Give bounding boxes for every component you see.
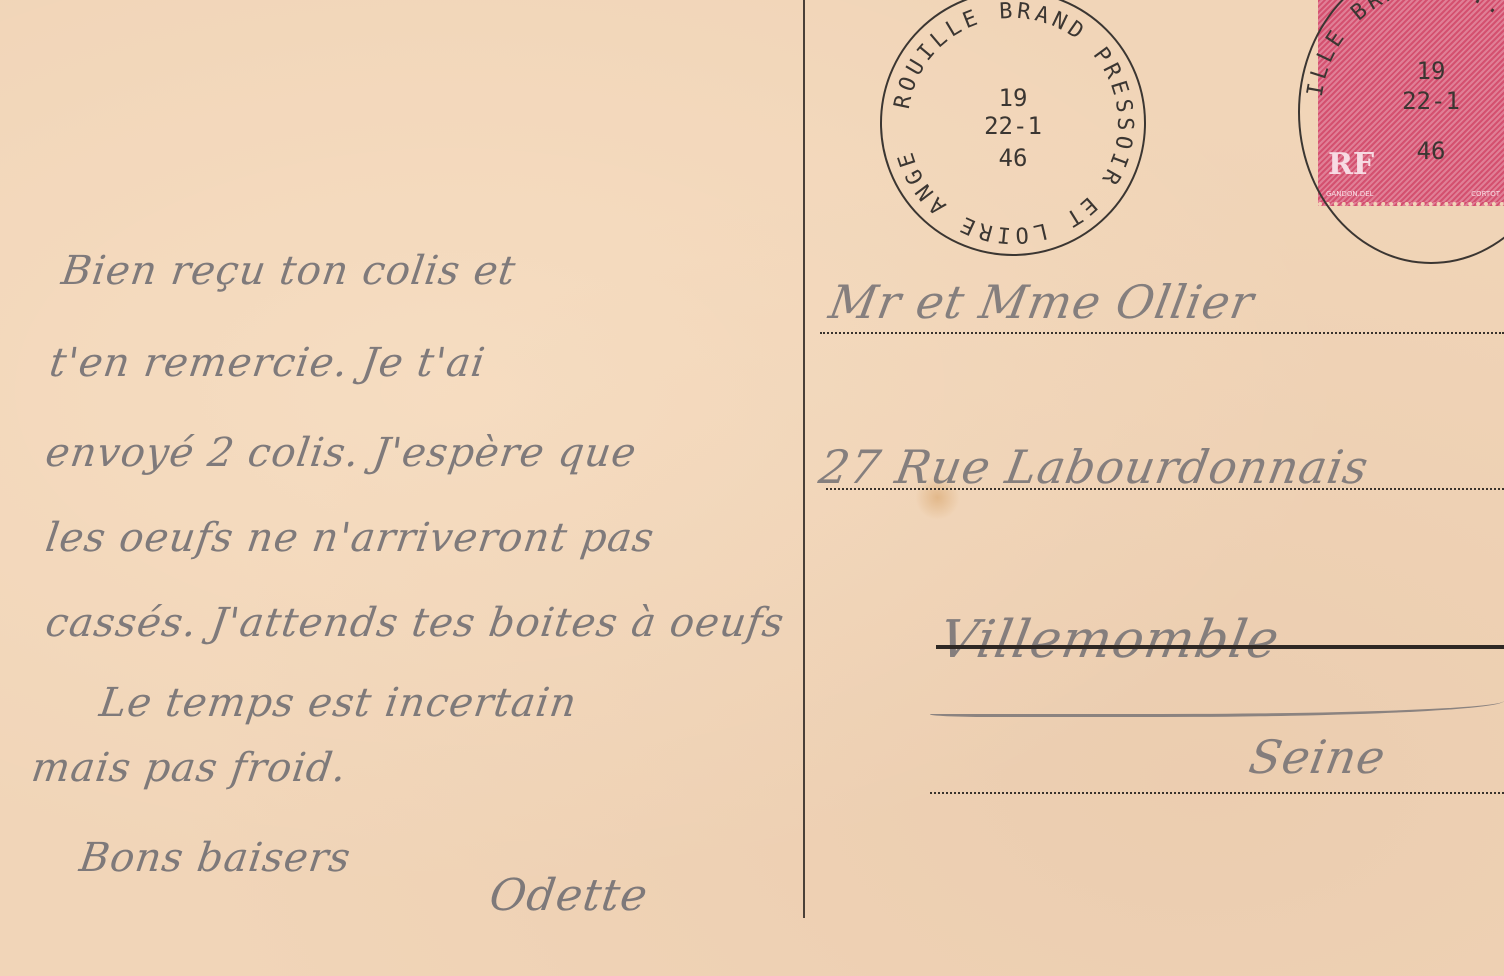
- message-line-1: Bien reçu ton colis et: [59, 248, 519, 294]
- postcard-back: Bien reçu ton colis et t'en remercie. Je…: [0, 0, 1504, 976]
- address-line-rule-3: [936, 645, 1504, 649]
- postmark-2: ILLE BRAND ... ET LOIRE 19 22-1 46: [1298, 0, 1504, 264]
- address-line-rule-4: [930, 792, 1504, 794]
- city-underline-flourish: [930, 690, 1504, 717]
- address-recipient: Mr et Mme Ollier: [825, 275, 1258, 329]
- message-line-6: Le temps est incertain: [97, 680, 580, 726]
- message-line-2: t'en remercie. Je t'ai: [47, 340, 489, 386]
- message-line-7: mais pas froid.: [29, 745, 350, 791]
- address-street: 27 Rue Labourdonnais: [815, 440, 1373, 494]
- address-line-rule-1: [820, 332, 1504, 334]
- postmark-1: ROUILLE BRAND PRESSOIR ET LOIRE ANGE 19 …: [880, 0, 1146, 256]
- postmark-2-date: 22-1: [1300, 87, 1504, 115]
- message-line-5: cassés. J'attends tes boites à oeufs: [43, 600, 788, 646]
- postmark-time: 19: [882, 84, 1144, 112]
- postmark-date: 22-1: [882, 112, 1144, 140]
- postmark-2-time: 19: [1300, 57, 1504, 85]
- address-city: Villemomble: [935, 610, 1285, 670]
- postmark-2-year: 46: [1300, 137, 1504, 165]
- signature: Odette: [486, 870, 651, 921]
- address-line-rule-2: [826, 488, 1504, 490]
- message-line-4: les oeufs ne n'arriveront pas: [43, 515, 658, 561]
- message-closing: Bons baisers: [77, 835, 354, 881]
- address-department: Seine: [1245, 730, 1390, 784]
- postmark-2-ring-text: ILLE BRAND ... ET LOIRE: [1300, 0, 1504, 262]
- center-divider-line: [803, 0, 805, 918]
- message-line-3: envoyé 2 colis. J'espère que: [43, 430, 640, 476]
- postmark-year: 46: [882, 144, 1144, 172]
